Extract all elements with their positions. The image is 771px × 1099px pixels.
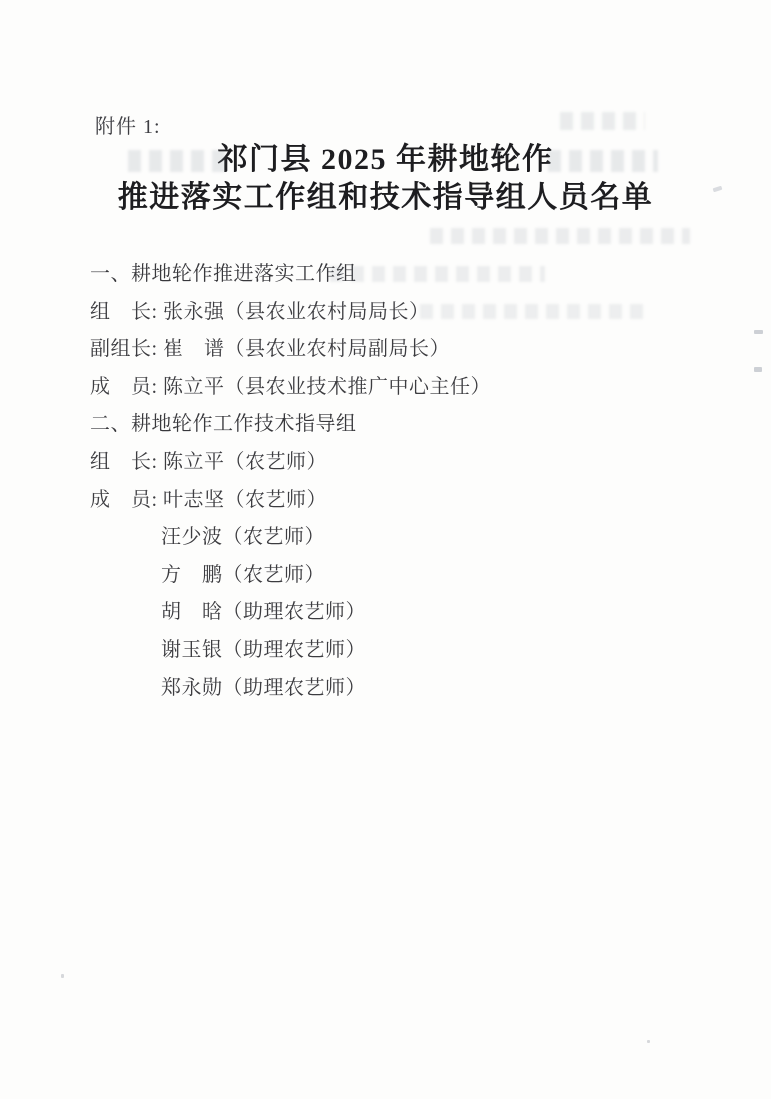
personnel-line-member-3: 方 鹏（农艺师） [90, 557, 731, 595]
scanned-document-page: 附件 1: 祁门县 2025 年耕地轮作 推进落实工作组和技术指导组人员名单 一… [0, 0, 771, 1099]
bleed-through-smudge [420, 304, 650, 319]
bleed-through-smudge [128, 150, 228, 172]
personnel-line-member-4: 胡 晗（助理农艺师） [90, 594, 731, 632]
scan-speck [647, 1040, 650, 1043]
personnel-line-leader-2: 组 长: 陈立平（农艺师） [90, 444, 731, 482]
personnel-line-member-1: 成 员: 叶志坚（农艺师） [90, 482, 731, 520]
bleed-through-smudge [560, 112, 645, 130]
document-body: 一、耕地轮作推进落实工作组 组 长: 张永强（县农业农村局局长） 副组长: 崔 … [90, 256, 731, 707]
scan-speck [754, 367, 762, 372]
personnel-line-member-5: 谢玉银（助理农艺师） [90, 632, 731, 670]
bleed-through-smudge [330, 266, 545, 282]
bleed-through-smudge [548, 150, 658, 172]
personnel-line-member-2: 汪少波（农艺师） [90, 519, 731, 557]
scan-speck [754, 330, 763, 334]
personnel-line-member-6: 郑永勋（助理农艺师） [90, 670, 731, 708]
document-title-line-2: 推进落实工作组和技术指导组人员名单 [0, 179, 771, 217]
section-2-heading: 二、耕地轮作工作技术指导组 [90, 406, 731, 444]
scan-speck [61, 974, 64, 978]
attachment-label: 附件 1: [95, 110, 161, 139]
personnel-line-deputy-leader: 副组长: 崔 谱（县农业农村局副局长） [90, 331, 731, 369]
personnel-line-member: 成 员: 陈立平（县农业技术推广中心主任） [90, 369, 731, 407]
bleed-through-smudge [430, 228, 690, 244]
